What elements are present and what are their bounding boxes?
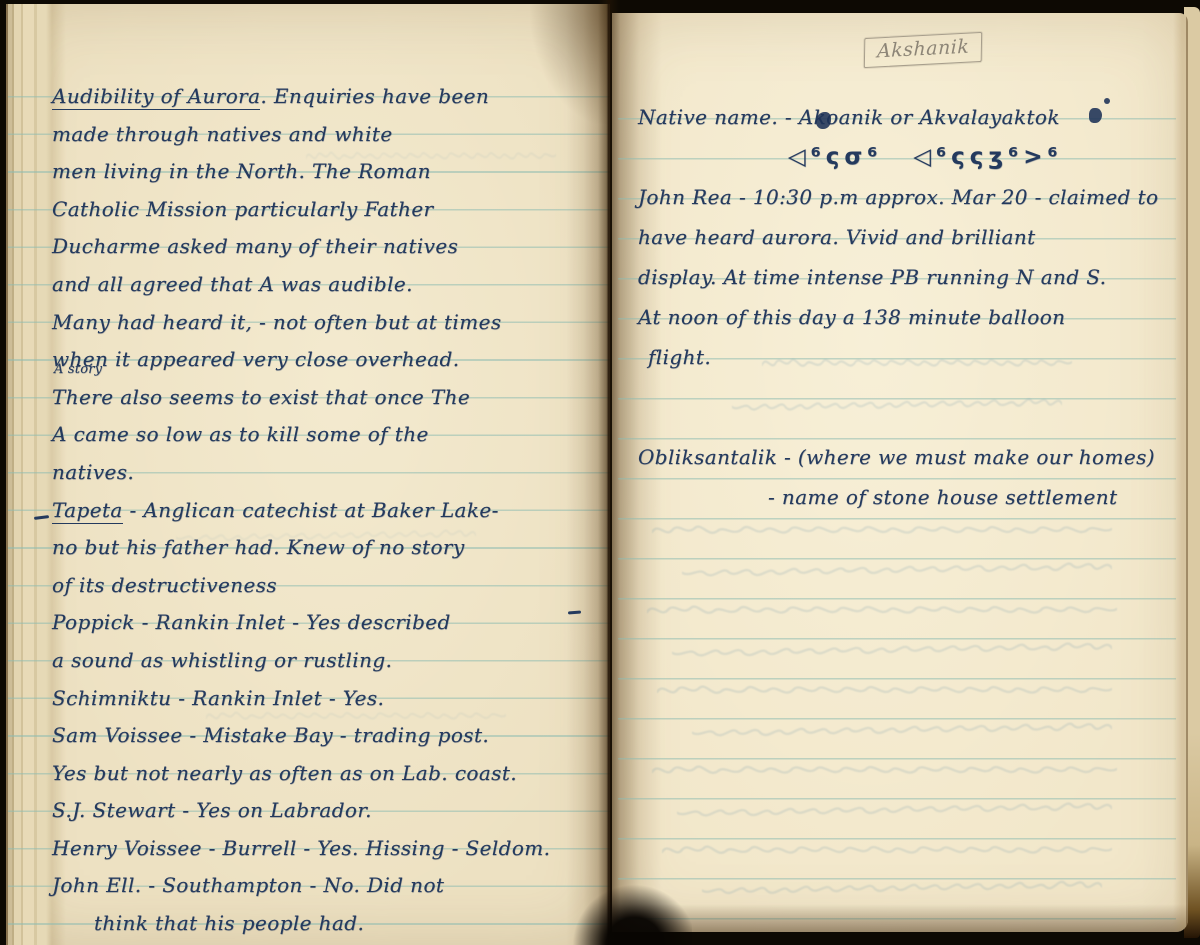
handwritten-line: Many had heard it, - not often but at ti… bbox=[52, 304, 602, 342]
bleed-through-squiggle bbox=[692, 714, 1112, 745]
handwritten-line: - name of stone house settlement bbox=[638, 477, 1172, 517]
binding-shadow bbox=[572, 884, 692, 945]
left-page: Audibility of Aurora. Enquiries have bee… bbox=[6, 4, 610, 945]
handwritten-line: A storyThere also seems to exist that on… bbox=[52, 379, 602, 417]
left-page-edge-stack bbox=[6, 4, 52, 945]
bleed-through-squiggle bbox=[647, 598, 1117, 622]
handwritten-line: Henry Voissee - Burrell - Yes. Hissing -… bbox=[52, 830, 602, 868]
right-page: Akshanik Native name. - Akoanik or Akval… bbox=[612, 13, 1188, 932]
bleed-through-squiggle bbox=[672, 634, 1112, 666]
handwritten-line: Obliksantalik - (where we must make our … bbox=[638, 437, 1172, 477]
handwritten-line: and all agreed that A was audible. bbox=[52, 266, 602, 304]
pencil-annotation-box: Akshanik bbox=[864, 32, 983, 68]
handwritten-line: think that his people had. bbox=[52, 905, 602, 943]
handwritten-line: A came so low as to kill some of the bbox=[52, 416, 602, 454]
left-page-handwriting: Audibility of Aurora. Enquiries have bee… bbox=[52, 78, 602, 943]
handwritten-line: of its destructiveness bbox=[52, 567, 602, 605]
bleed-through-squiggle bbox=[657, 678, 1112, 702]
handwritten-line: men living in the North. The Roman bbox=[52, 153, 602, 191]
underlined-text: Audibility of Aurora bbox=[52, 84, 260, 110]
bleed-through-squiggle bbox=[677, 794, 1112, 826]
right-page-handwriting: Native name. - Akoanik or Akvalayaktok◁⁶… bbox=[638, 97, 1172, 517]
handwritten-line: At noon of this day a 138 minute balloon bbox=[638, 297, 1172, 337]
ink-blot bbox=[1104, 98, 1110, 104]
handwritten-line: Audibility of Aurora. Enquiries have bee… bbox=[52, 78, 602, 116]
handwritten-line: made through natives and white bbox=[52, 116, 602, 154]
handwritten-line: have heard aurora. Vivid and brilliant bbox=[638, 217, 1172, 257]
handwritten-line: no but his father had. Knew of no story bbox=[52, 529, 602, 567]
handwritten-line: Poppick - Rankin Inlet - Yes described bbox=[52, 604, 602, 642]
handwritten-line: Sam Voissee - Mistake Bay - trading post… bbox=[52, 717, 602, 755]
handwritten-line: ◁⁶ςσ⁶ ◁⁶ςςʒ⁶>⁶ bbox=[638, 137, 1172, 177]
handwritten-line: flight. bbox=[638, 337, 1172, 377]
pencil-annotation-text: Akshanik bbox=[877, 36, 970, 63]
handwritten-line: John Ell. - Southampton - No. Did not bbox=[52, 867, 602, 905]
underlined-text: Tapeta bbox=[52, 498, 123, 524]
handwritten-line: John Rea - 10:30 p.m approx. Mar 20 - cl… bbox=[638, 177, 1172, 217]
notebook-scan: Audibility of Aurora. Enquiries have bee… bbox=[0, 0, 1200, 945]
handwritten-line: when it appeared very close overhead. bbox=[52, 341, 602, 379]
page-bottom-shadow bbox=[612, 904, 1188, 932]
bleed-through-squiggle bbox=[652, 758, 1117, 782]
handwritten-line: natives. bbox=[52, 454, 602, 492]
bleed-through-squiggle bbox=[662, 838, 1112, 862]
handwritten-line: a sound as whistling or rustling. bbox=[52, 642, 602, 680]
handwritten-line: S.J. Stewart - Yes on Labrador. bbox=[52, 792, 602, 830]
handwritten-line: Schimniktu - Rankin Inlet - Yes. bbox=[52, 680, 602, 718]
handwritten-line: Catholic Mission particularly Father bbox=[52, 191, 602, 229]
bleed-through-squiggle bbox=[682, 554, 1112, 586]
binding-gutter bbox=[598, 0, 620, 945]
handwritten-line: display. At time intense PB running N an… bbox=[638, 257, 1172, 297]
handwritten-line: Tapeta - Anglican catechist at Baker Lak… bbox=[52, 492, 602, 530]
bleed-through-squiggle bbox=[652, 518, 1112, 542]
handwritten-line: Yes but not nearly as often as on Lab. c… bbox=[52, 755, 602, 793]
bleed-through-squiggle bbox=[702, 873, 1102, 904]
handwritten-line: Ducharme asked many of their natives bbox=[52, 228, 602, 266]
inserted-correction: A story bbox=[54, 363, 102, 376]
